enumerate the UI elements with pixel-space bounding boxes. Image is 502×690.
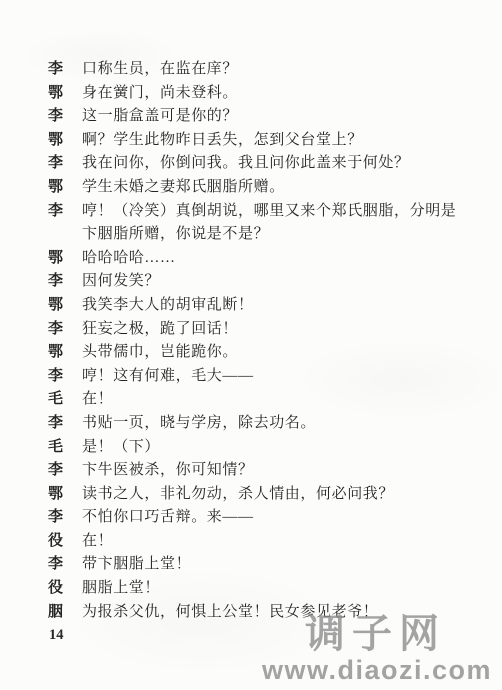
dialogue-line: 鄂学生未婚之妻郑氏胭脂所赠。 (48, 175, 488, 199)
page-number: 14 (49, 627, 64, 644)
speaker-label: 役 (48, 529, 82, 550)
dialogue-text: 口称生员，在监在庠？ (82, 57, 238, 78)
dialogue-line: 李哼！这有何难，毛大—— (48, 364, 488, 388)
dialogue-lines: 李口称生员，在监在庠？鄂身在黉门，尚未登科。李这一脂盒盖可是你的？鄂啊？学生此物… (48, 57, 488, 623)
dialogue-line: 鄂啊？学生此物昨日丢失，怎到父台堂上？ (48, 128, 488, 152)
dialogue-line: 李卞牛医被杀，你可知情？ (48, 458, 488, 482)
speaker-label: 李 (48, 411, 82, 432)
dialogue-line: 役在！ (48, 529, 488, 553)
dialogue-line: 毛是！（下） (48, 435, 488, 459)
dialogue-line: 李哼！（冷笑）真倒胡说，哪里又来个郑氏胭脂，分明是 (48, 199, 488, 223)
dialogue-line: 役胭脂上堂！ (48, 576, 488, 600)
dialogue-text: 哼！（冷笑）真倒胡说，哪里又来个郑氏胭脂，分明是 (82, 199, 456, 220)
watermark: 调子网 www.diaozi.com (262, 614, 492, 684)
dialogue-line: 李不怕你口巧舌辩。来—— (48, 505, 488, 529)
speaker-label: 李 (48, 269, 82, 290)
book-page: 李口称生员，在监在庠？鄂身在黉门，尚未登科。李这一脂盒盖可是你的？鄂啊？学生此物… (0, 0, 502, 690)
dialogue-line: 李因何发笑？ (48, 269, 488, 293)
dialogue-text: 读书之人，非礼勿动，杀人情由，何必问我？ (82, 482, 394, 503)
watermark-site-url: www.diaozi.com (262, 656, 492, 684)
dialogue-line: 胭为报杀父仇，何惧上公堂！民女参见老爷！ (48, 600, 488, 624)
speaker-label: 李 (48, 458, 82, 479)
speaker-label: 李 (48, 57, 82, 78)
dialogue-text: 卞胭脂所赠，你说是不是？ (82, 222, 269, 243)
dialogue-text: 在！ (82, 529, 113, 550)
speaker-label: 鄂 (48, 293, 82, 314)
dialogue-text: 我在问你，你倒问我。我且问你此盖来于何处？ (82, 151, 410, 172)
dialogue-text: 我笑李大人的胡审乱断！ (82, 293, 254, 314)
dialogue-line: 李书贴一页，晓与学房，除去功名。 (48, 411, 488, 435)
speaker-label: 毛 (48, 435, 82, 456)
speaker-label: 李 (48, 104, 82, 125)
dialogue-line: 李带卞胭脂上堂！ (48, 552, 488, 576)
dialogue-text: 这一脂盒盖可是你的？ (82, 104, 238, 125)
dialogue-line: 鄂头带儒巾，岂能跪你。 (48, 340, 488, 364)
dialogue-line: 毛在！ (48, 387, 488, 411)
speaker-label: 李 (48, 151, 82, 172)
dialogue-text: 狂妄之极，跪了回话！ (82, 317, 238, 338)
dialogue-line: 鄂我笑李大人的胡审乱断！ (48, 293, 488, 317)
dialogue-text: 身在黉门，尚未登科。 (82, 81, 238, 102)
dialogue-text: 是！（下） (82, 435, 160, 456)
dialogue-text: 哼！这有何难，毛大—— (82, 364, 254, 385)
dialogue-text: 因何发笑？ (82, 269, 160, 290)
dialogue-line: 李口称生员，在监在庠？ (48, 57, 488, 81)
dialogue-line: 鄂哈哈哈哈…… (48, 246, 488, 270)
speaker-label: 鄂 (48, 175, 82, 196)
dialogue-text: 为报杀父仇，何惧上公堂！民女参见老爷！ (82, 600, 378, 621)
speaker-label: 鄂 (48, 128, 82, 149)
dialogue-text: 带卞胭脂上堂！ (82, 552, 191, 573)
dialogue-text: 哈哈哈哈…… (82, 246, 176, 267)
dialogue-text: 学生未婚之妻郑氏胭脂所赠。 (82, 175, 285, 196)
dialogue-text: 卞牛医被杀，你可知情？ (82, 458, 254, 479)
dialogue-text: 在！ (82, 387, 113, 408)
dialogue-line: 鄂读书之人，非礼勿动，杀人情由，何必问我？ (48, 482, 488, 506)
dialogue-text: 书贴一页，晓与学房，除去功名。 (82, 411, 316, 432)
dialogue-line: 李狂妄之极，跪了回话！ (48, 317, 488, 341)
dialogue-text: 胭脂上堂！ (82, 576, 160, 597)
dialogue-text: 不怕你口巧舌辩。来—— (82, 505, 254, 526)
speaker-label: 鄂 (48, 340, 82, 361)
speaker-label: 李 (48, 364, 82, 385)
dialogue-text: 啊？学生此物昨日丢失，怎到父台堂上？ (82, 128, 363, 149)
speaker-label: 鄂 (48, 81, 82, 102)
dialogue-line: 李我在问你，你倒问我。我且问你此盖来于何处？ (48, 151, 488, 175)
speaker-label: 毛 (48, 387, 82, 408)
speaker-label: 胭 (48, 600, 82, 621)
dialogue-text: 头带儒巾，岂能跪你。 (82, 340, 238, 361)
dialogue-line: 李这一脂盒盖可是你的？ (48, 104, 488, 128)
speaker-label: 李 (48, 552, 82, 573)
dialogue-line: 卞胭脂所赠，你说是不是？ (48, 222, 488, 246)
speaker-label: 李 (48, 199, 82, 220)
speaker-label: 李 (48, 317, 82, 338)
speaker-label: 李 (48, 505, 82, 526)
dialogue-line: 鄂身在黉门，尚未登科。 (48, 81, 488, 105)
speaker-label: 鄂 (48, 246, 82, 267)
speaker-label: 鄂 (48, 482, 82, 503)
speaker-label: 役 (48, 576, 82, 597)
